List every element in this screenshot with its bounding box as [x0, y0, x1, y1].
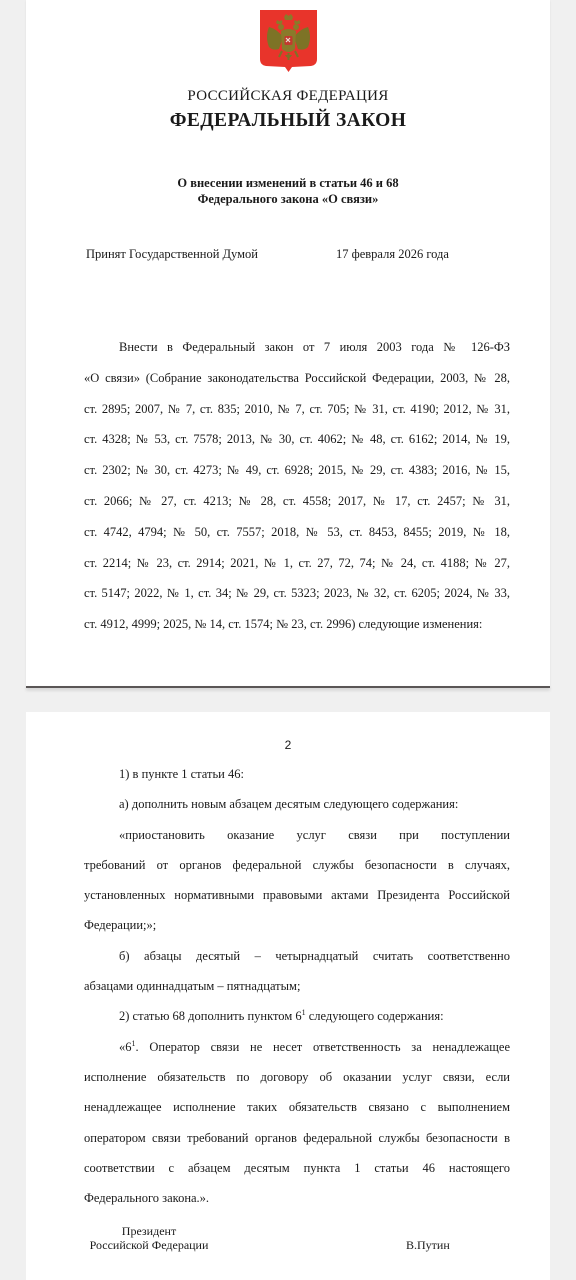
- text-line: ст. 2895; 2007, № 7, ст. 835; 2010, № 7,…: [84, 394, 510, 425]
- text-line: «приостановить оказание услуг связи при …: [84, 820, 510, 850]
- point-6-1-text: «61. Оператор связи не несет ответственн…: [84, 1032, 510, 1062]
- item-1-heading: 1) в пункте 1 статьи 46:: [84, 759, 510, 789]
- document-page-2: 2 1) в пункте 1 статьи 46: а) дополнить …: [26, 712, 550, 1280]
- adopted-by-label: Принят Государственной Думой: [86, 247, 258, 262]
- coat-of-arms-icon: [259, 9, 318, 72]
- text-segment: следующего содержания:: [306, 1009, 444, 1023]
- text-line: ненадлежащее исполнение таких обязательс…: [84, 1092, 510, 1122]
- law-title: О внесении изменений в статьи 46 и 68 Фе…: [26, 175, 550, 207]
- text-line: оператором связи требований органов феде…: [84, 1123, 510, 1153]
- text-segment: 2) статью 68 дополнить пунктом 6: [119, 1009, 302, 1023]
- text-line: ст. 4912, 4999; 2025, № 14, ст. 1574; № …: [84, 609, 510, 640]
- text-line: соответствии с абзацем десятым пункта 1 …: [84, 1153, 510, 1183]
- text-line: Федерации;»;: [84, 910, 510, 940]
- text-segment: «6: [119, 1040, 132, 1054]
- item-2-heading: 2) статью 68 дополнить пунктом 61 следую…: [84, 1001, 510, 1031]
- text-line: требований от органов федеральной службы…: [84, 850, 510, 880]
- signer-title-line-1: Президент: [84, 1224, 214, 1238]
- country-heading: РОССИЙСКАЯ ФЕДЕРАЦИЯ: [26, 88, 550, 105]
- page-break-divider: [26, 686, 550, 688]
- text-line: ст. 2066; № 27, ст. 4213; № 28, ст. 4558…: [84, 486, 510, 517]
- text-line: ст. 2214; № 23, ст. 2914; 2021, № 1, ст.…: [84, 548, 510, 579]
- text-line: ст. 4742, 4794; № 50, ст. 7557; 2018, № …: [84, 517, 510, 548]
- text-line: ст. 5147; 2022, № 1, ст. 34; № 29, ст. 5…: [84, 578, 510, 609]
- subitem-b-text: б) абзацы десятый – четырнадцатый считат…: [84, 941, 510, 971]
- text-line: Федерального закона.».: [84, 1183, 510, 1213]
- text-line: абзацами одиннадцатым – пятнадцатым;: [84, 971, 510, 1001]
- law-title-line-2: Федерального закона «О связи»: [26, 191, 550, 207]
- text-line: «О связи» (Собрание законодательства Рос…: [84, 363, 510, 394]
- text-segment: . Оператор связи не несет ответственност…: [136, 1040, 511, 1054]
- text-line: ст. 4328; № 53, ст. 7578; 2013, № 30, ст…: [84, 424, 510, 455]
- intro-paragraph: Внести в Федеральный закон от 7 июля 200…: [84, 332, 510, 640]
- signer-name: В.Путин: [406, 1238, 450, 1253]
- text-line: ст. 2302; № 30, ст. 4273; № 49, ст. 6928…: [84, 455, 510, 486]
- signer-title-line-2: Российской Федерации: [84, 1238, 214, 1252]
- subitem-a-heading: а) дополнить новым абзацем десятым следу…: [84, 789, 510, 819]
- page-number: 2: [26, 738, 550, 752]
- document-type-heading: ФЕДЕРАЛЬНЫЙ ЗАКОН: [26, 110, 550, 132]
- law-title-line-1: О внесении изменений в статьи 46 и 68: [26, 175, 550, 191]
- adoption-date: 17 февраля 2026 года: [336, 247, 449, 262]
- amendments-body: 1) в пункте 1 статьи 46: а) дополнить но…: [84, 759, 510, 1213]
- text-line: Внести в Федеральный закон от 7 июля 200…: [84, 332, 510, 363]
- document-page-1: РОССИЙСКАЯ ФЕДЕРАЦИЯ ФЕДЕРАЛЬНЫЙ ЗАКОН О…: [26, 0, 550, 687]
- signer-title: Президент Российской Федерации: [84, 1224, 214, 1252]
- text-line: исполнение обязательств по договору об о…: [84, 1062, 510, 1092]
- text-line: установленных нормативными правовыми акт…: [84, 880, 510, 910]
